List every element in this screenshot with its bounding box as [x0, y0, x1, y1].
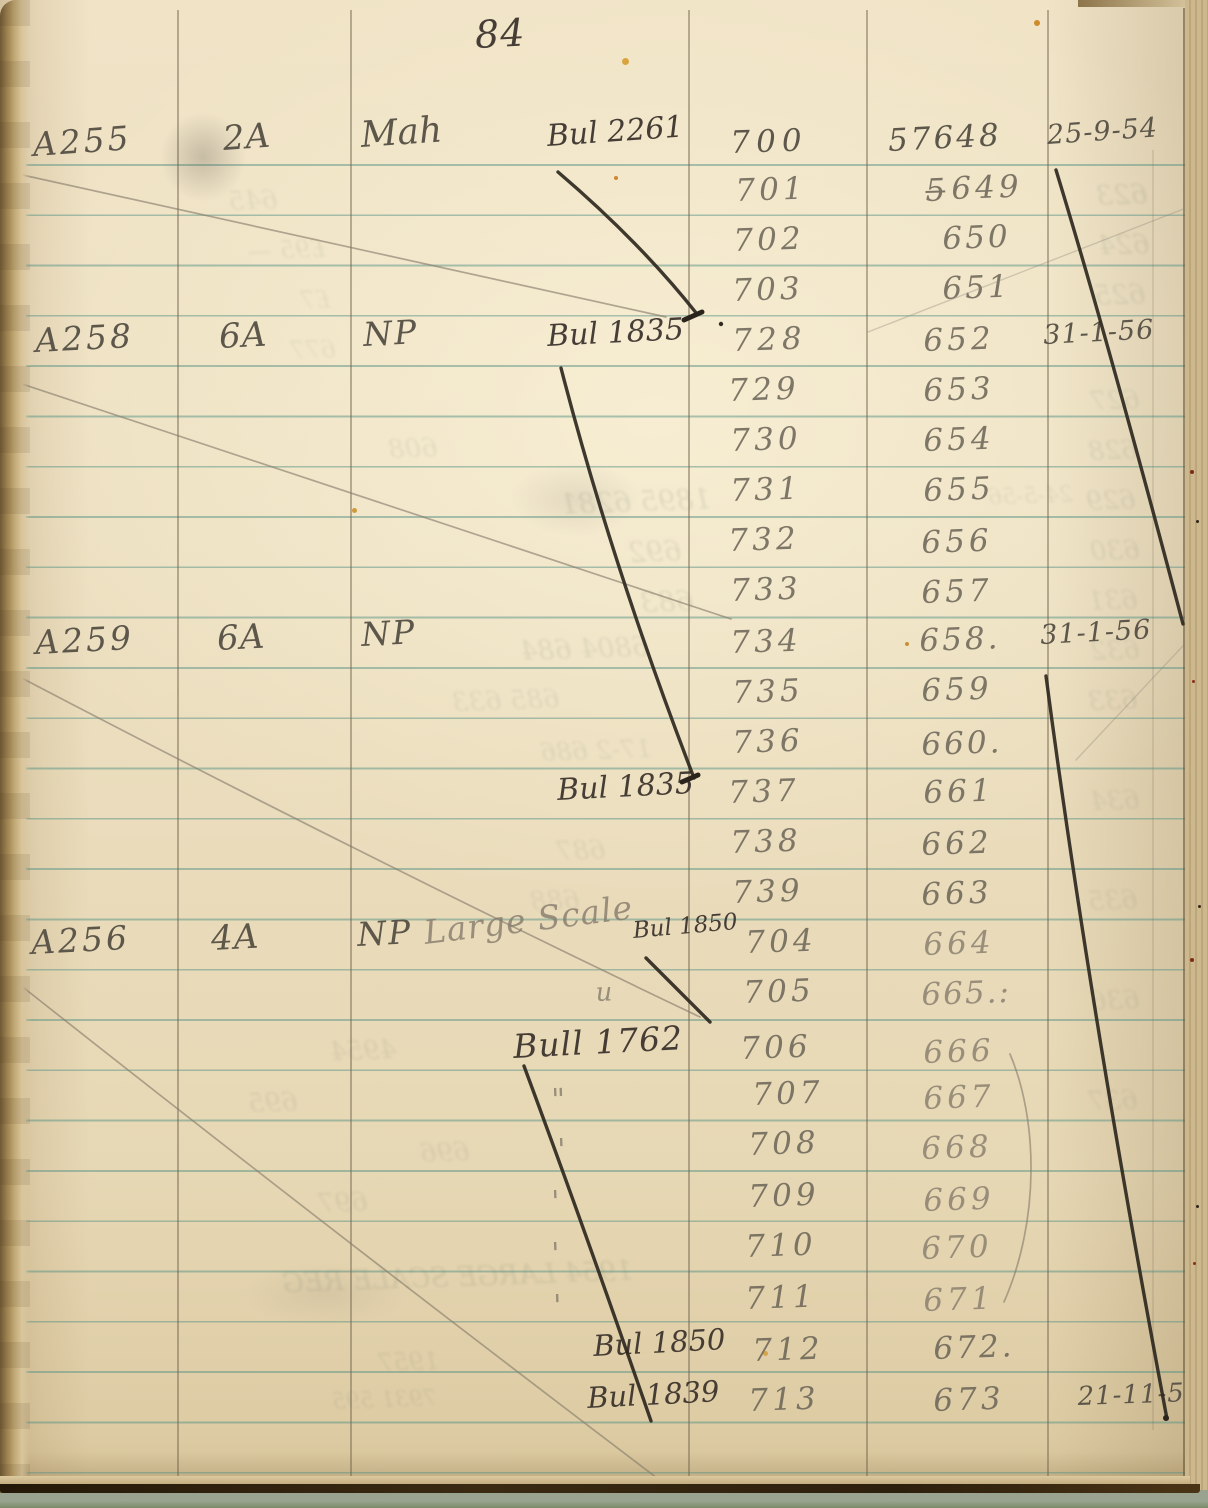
sheet-number: 738 — [730, 826, 802, 859]
serial-number: 655 — [923, 474, 995, 507]
bulletin-ref: Bull 1762 — [512, 1021, 684, 1063]
sheet-number: 708 — [748, 1128, 820, 1161]
sheet-number: 706 — [740, 1032, 812, 1065]
bleedthrough-ghost: 4954 — [330, 1037, 397, 1065]
bleedthrough-ghost: 6804 684 — [520, 634, 650, 665]
region-code: NP — [362, 315, 419, 351]
sheet-number: 702 — [733, 224, 805, 257]
sheet-number: 700 — [730, 125, 808, 159]
entry-date: 25-9-54 — [1046, 114, 1159, 149]
sheet-number: 713 — [748, 1384, 820, 1417]
paper-stain — [905, 642, 909, 646]
serial-number: 654 — [923, 424, 995, 457]
sheet-number: 705 — [743, 976, 815, 1009]
serial-number: 650 — [942, 222, 1011, 255]
entry-class: 6A — [218, 318, 268, 354]
book-binding-edge — [0, 0, 30, 1494]
serial-number: 649 — [951, 172, 1023, 205]
entry-id: A255 — [32, 121, 133, 161]
entry-date: 31-1-56 — [1040, 616, 1152, 649]
bleedthrough-ghost: 692 — [628, 537, 682, 567]
sheet-number: 731 — [730, 474, 802, 507]
serial-number: 662 — [921, 828, 993, 861]
bleedthrough-ghost: 608 — [388, 435, 439, 463]
serial-number: 671 — [923, 1284, 995, 1317]
bleedthrough-ghost: 637 — [1088, 1087, 1139, 1115]
bleedthrough-ghost: 17-2 686 — [540, 736, 653, 765]
bleedthrough-ghost: 687 — [556, 837, 607, 865]
serial-number: 651 — [942, 272, 1011, 305]
column-rule-4 — [866, 10, 868, 1480]
paper-stain — [352, 508, 357, 513]
entry-date: 21-11-56 — [1077, 1380, 1203, 1410]
sheet-number: 734 — [730, 626, 802, 659]
bleedthrough-ghost: 634 — [1090, 787, 1141, 815]
bleedthrough-ghost: 24-5-56 — [988, 485, 1074, 510]
sheet-number: 728 — [732, 323, 807, 357]
column-rule-2 — [350, 10, 352, 1480]
bleedthrough-ghost: 695 — [248, 1089, 299, 1117]
sheet-number: 735 — [732, 676, 804, 709]
ditto-mark: ' — [553, 1292, 562, 1322]
sheet-number: 729 — [728, 374, 800, 407]
ditto-mark: " — [551, 1086, 566, 1116]
serial-number: 657 — [921, 576, 993, 609]
serial-number: 653 — [923, 374, 995, 407]
bleedthrough-ghost: 677 — [290, 337, 337, 363]
column-rule-3 — [688, 10, 690, 1480]
bleedthrough-ghost: 697 — [318, 1189, 369, 1217]
serial-number: 652 — [923, 324, 995, 357]
bleedthrough-ghost: £7 — [300, 287, 331, 312]
bleedthrough-ghost: 7931 595 — [332, 1388, 438, 1414]
bleedthrough-ghost: 635 — [1088, 887, 1139, 915]
book-top-edge — [22, 0, 1078, 9]
bleedthrough-ghost: 696 — [420, 1139, 471, 1167]
bleedthrough-ghost: 630 — [1090, 537, 1141, 565]
serial-number: 57648 — [887, 120, 1002, 157]
entry-id: A259 — [34, 621, 134, 659]
bleedthrough-ghost: 685 633 — [452, 686, 560, 716]
serial-number: 665.: — [921, 977, 1011, 1011]
serial-number: 660. — [921, 727, 1003, 761]
sheet-number: 730 — [730, 424, 802, 457]
serial-number: 666 — [923, 1036, 995, 1069]
entry-id: A258 — [34, 319, 134, 357]
entry-class: 4A — [210, 920, 260, 956]
serial-number: 5 — [925, 175, 946, 207]
scanned-ledger-page: 645£95 —£7677623624625627628629630631632… — [0, 0, 1208, 1508]
bleedthrough-ghost: 623 — [1096, 181, 1148, 210]
ditto-mark: ' — [557, 1136, 566, 1166]
entry-date: 31-1-56 — [1043, 316, 1155, 349]
bleedthrough-ghost: 631 — [1088, 587, 1139, 615]
bleedthrough-ghost: 1957 — [378, 1349, 440, 1375]
sheet-number: 710 — [745, 1230, 817, 1263]
region-code: Mah — [359, 112, 443, 154]
bleedthrough-ghost: 629 — [1086, 487, 1137, 515]
bleedthrough-ghost: 1895 6281 — [560, 485, 712, 518]
bleedthrough-ghost: 645 — [228, 187, 279, 215]
bulletin-ref: Bul 1835 — [546, 315, 684, 352]
serial-number: 663 — [921, 878, 993, 911]
region-code: NP — [360, 615, 417, 651]
sheet-number: 737 — [728, 776, 800, 809]
bulletin-ref: Bul 1835 — [556, 769, 694, 806]
serial-number: 659 — [921, 674, 993, 707]
region-code: NP — [356, 915, 413, 951]
column-rule-1 — [177, 10, 179, 1480]
sheet-number: 732 — [728, 524, 800, 557]
sheet-number: 711 — [745, 1282, 817, 1315]
sheet-number: 704 — [745, 926, 817, 959]
column-rule-5 — [1047, 10, 1049, 1480]
bulletin-ref: Bul 1850 — [592, 1325, 726, 1361]
bulletin-ref: Bul 1839 — [586, 1377, 720, 1413]
serial-number: 656 — [921, 526, 993, 559]
entry-class: 6A — [216, 620, 266, 656]
paper-stain — [614, 176, 618, 180]
serial-number: 673 — [933, 1384, 1005, 1417]
scanner-background — [0, 1493, 1208, 1508]
sheet-number: 736 — [732, 726, 804, 759]
sheet-number: 701 — [735, 174, 807, 207]
page-stack-right-edge — [1185, 0, 1208, 1490]
sheet-number: 733 — [730, 574, 802, 607]
sheet-number: 703 — [732, 274, 804, 307]
serial-number: 672. — [933, 1331, 1015, 1365]
sheet-number: 709 — [748, 1180, 820, 1213]
paper-stain — [1034, 20, 1040, 26]
serial-number: 661 — [923, 776, 995, 809]
serial-number: 670 — [921, 1232, 993, 1265]
ditto-mark: u — [595, 979, 613, 1006]
bleedthrough-ghost: 628 — [1088, 437, 1139, 465]
ditto-mark: ' — [551, 1188, 560, 1218]
serial-number: 669 — [923, 1184, 995, 1217]
bleedthrough-ghost: 636 — [1090, 987, 1141, 1015]
bleedthrough-ghost: £95 — — [248, 237, 326, 264]
book-top-edge-light — [1078, 0, 1190, 7]
paper-stain — [622, 58, 629, 65]
sheet-number: 739 — [732, 876, 804, 909]
book-bottom-edge — [0, 1484, 1200, 1493]
bleedthrough-ghost: 624 — [1098, 231, 1150, 260]
bleedthrough-ghost: 683 — [640, 587, 694, 617]
ditto-mark: ' — [551, 1240, 560, 1270]
serial-number: 667 — [923, 1082, 995, 1115]
serial-number: 664 — [923, 928, 995, 961]
bleedthrough-ghost: 625 — [1094, 281, 1146, 310]
entry-id: A256 — [30, 921, 130, 959]
bleedthrough-ghost: 633 — [1088, 687, 1139, 715]
sheet-number: 712 — [752, 1334, 824, 1367]
serial-number: 668 — [921, 1132, 993, 1165]
bleedthrough-ghost: 627 — [1090, 387, 1141, 415]
sheet-number: 707 — [752, 1078, 824, 1111]
page-number: 84 — [474, 13, 526, 54]
entry-class: 2A — [222, 119, 272, 156]
serial-number: 658. — [919, 623, 1001, 657]
